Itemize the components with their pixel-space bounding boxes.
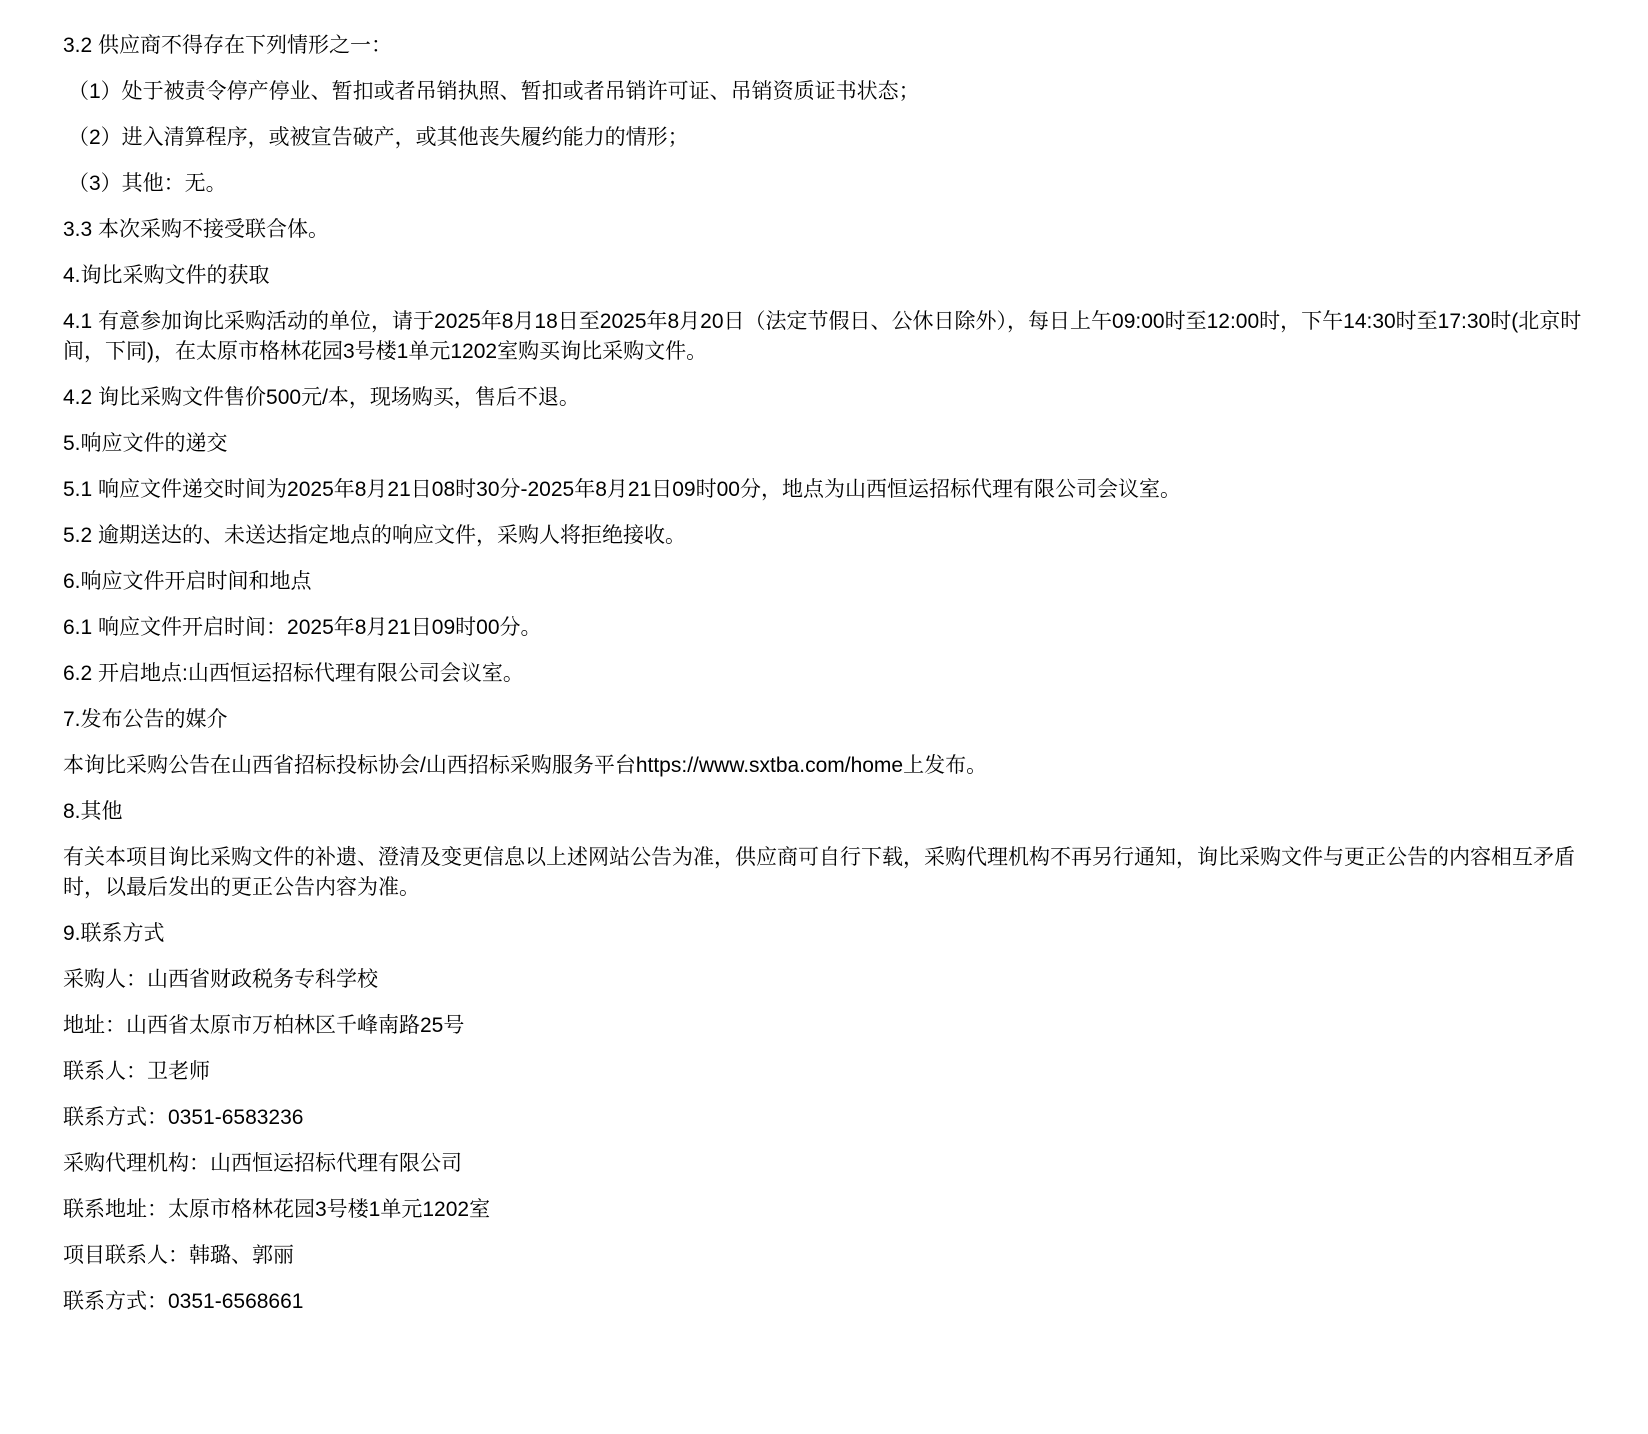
agency-address: 联系地址：太原市格林花园3号楼1单元1202室 <box>63 1195 1585 1225</box>
section-6-2: 6.2 开启地点:山西恒运招标代理有限公司会议室。 <box>63 659 1585 689</box>
section-7-heading: 7.发布公告的媒介 <box>63 705 1585 735</box>
agency-name: 采购代理机构：山西恒运招标代理有限公司 <box>63 1149 1585 1179</box>
section-5-1: 5.1 响应文件递交时间为2025年8月21日08时30分-2025年8月21日… <box>63 475 1585 505</box>
document-page: 3.2 供应商不得存在下列情形之一： （1）处于被责令停产停业、暂扣或者吊销执照… <box>0 0 1648 1434</box>
section-4-2: 4.2 询比采购文件售价500元/本，现场购买，售后不退。 <box>63 383 1585 413</box>
section-9-heading: 9.联系方式 <box>63 919 1585 949</box>
section-5-heading: 5.响应文件的递交 <box>63 429 1585 459</box>
purchaser-contact-person: 联系人：卫老师 <box>63 1057 1585 1087</box>
section-3-2-heading: 3.2 供应商不得存在下列情形之一： <box>63 31 1585 61</box>
section-8-heading: 8.其他 <box>63 797 1585 827</box>
purchaser-name: 采购人：山西省财政税务专科学校 <box>63 965 1585 995</box>
purchaser-address: 地址：山西省太原市万柏林区千峰南路25号 <box>63 1011 1585 1041</box>
clause-3: （3）其他：无。 <box>63 169 1585 199</box>
purchaser-phone: 联系方式：0351-6583236 <box>63 1103 1585 1133</box>
section-8-body: 有关本项目询比采购文件的补遗、澄清及变更信息以上述网站公告为准，供应商可自行下载… <box>63 843 1585 903</box>
section-6-heading: 6.响应文件开启时间和地点 <box>63 567 1585 597</box>
section-6-1: 6.1 响应文件开启时间：2025年8月21日09时00分。 <box>63 613 1585 643</box>
agency-phone: 联系方式：0351-6568661 <box>63 1287 1585 1317</box>
section-5-2: 5.2 逾期送达的、未送达指定地点的响应文件，采购人将拒绝接收。 <box>63 521 1585 551</box>
clause-2: （2）进入清算程序，或被宣告破产，或其他丧失履约能力的情形； <box>63 123 1585 153</box>
clause-1: （1）处于被责令停产停业、暂扣或者吊销执照、暂扣或者吊销许可证、吊销资质证书状态… <box>63 77 1585 107</box>
section-4-heading: 4.询比采购文件的获取 <box>63 261 1585 291</box>
section-4-1: 4.1 有意参加询比采购活动的单位，请于2025年8月18日至2025年8月20… <box>63 307 1585 367</box>
agency-contact-persons: 项目联系人：韩璐、郭丽 <box>63 1241 1585 1271</box>
section-7-body: 本询比采购公告在山西省招标投标协会/山西招标采购服务平台https://www.… <box>63 751 1585 781</box>
section-3-3: 3.3 本次采购不接受联合体。 <box>63 215 1585 245</box>
